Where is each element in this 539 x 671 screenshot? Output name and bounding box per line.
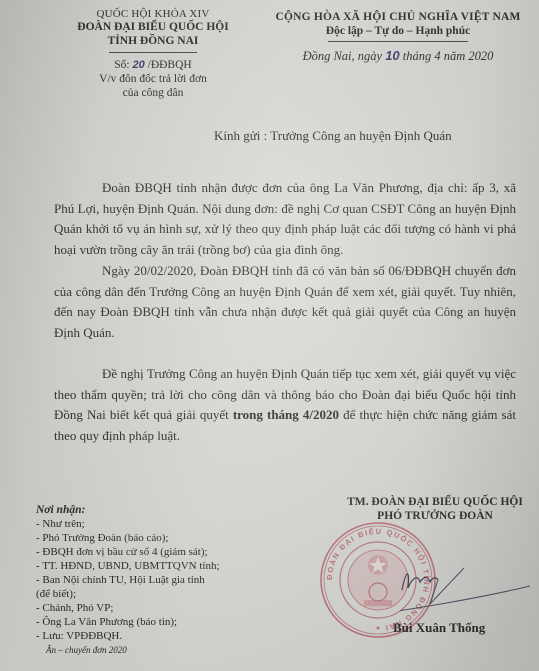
handwritten-day: 10 (385, 48, 399, 63)
date-prefix: Đồng Nai, ngày (303, 49, 386, 63)
signer-name: Bùi Xuân Thống (393, 620, 485, 636)
delegation-name: ĐOÀN ĐẠI BIỂU QUỐC HỘI (48, 21, 258, 35)
recipient-item: - Lưu: VPĐĐBQH. (36, 629, 220, 643)
signer-position: PHÓ TRƯỞNG ĐOÀN (330, 509, 539, 523)
paragraph-2: Ngày 20/02/2020, Đoàn ĐBQH tỉnh đã có vă… (54, 261, 516, 343)
paragraph-2-text: Ngày 20/02/2020, Đoàn ĐBQH tỉnh đã có vă… (54, 261, 516, 343)
recipients-list: Nơi nhận: - Như trên; - Phó Trưởng Đoàn … (36, 503, 220, 657)
header-right: CỘNG HÒA XÃ HỘI CHỦ NGHĨA VIỆT NAM Độc l… (262, 10, 534, 64)
drafter-note: Ân – chuyển đơn 2020 (36, 643, 220, 657)
recipient-item: - Ông La Văn Phương (báo tin); (36, 615, 220, 629)
header-left: QUỐC HỘI KHÓA XIV ĐOÀN ĐẠI BIỂU QUỐC HỘI… (48, 8, 258, 100)
recipient-item: - Chánh, Phó VP; (36, 601, 220, 615)
signature-block: TM. ĐOÀN ĐẠI BIỂU QUỐC HỘI PHÓ TRƯỞNG ĐO… (330, 495, 539, 523)
recipients-title: Nơi nhận: (36, 503, 220, 517)
province-name: TỈNH ĐỒNG NAI (48, 35, 258, 49)
national-assembly-term: QUỐC HỘI KHÓA XIV (48, 8, 258, 21)
recipient-item: - Ban Nội chính TU, Hội Luật gia tỉnh (36, 573, 220, 587)
recipient-item: - TT. HĐND, UBND, UBMTTQVN tỉnh; (36, 559, 220, 573)
paragraph-3-text: Đề nghị Trưởng Công an huyện Định Quán t… (54, 364, 516, 446)
date-suffix: tháng 4 năm 2020 (400, 49, 494, 63)
recipient-item: - Như trên; (36, 517, 220, 531)
header-left-divider (109, 52, 197, 53)
paragraph-1: Đoàn ĐBQH tỉnh nhận được đơn của ông La … (54, 178, 516, 260)
recipient-line: Kính gửi : Trưởng Công an huyện Định Quá… (214, 128, 452, 144)
recipient-item: (để biết); (36, 587, 220, 601)
subject-line-2: của công dân (48, 86, 258, 100)
number-suffix: /ĐĐBQH (145, 59, 192, 71)
document-number: Số: 20 /ĐĐBQH (48, 58, 258, 72)
header-right-divider (328, 41, 468, 42)
number-prefix: Số: (114, 59, 132, 71)
on-behalf-title: TM. ĐOÀN ĐẠI BIỂU QUỐC HỘI (330, 495, 539, 509)
handwritten-number: 20 (133, 59, 145, 71)
handwritten-signature-icon (400, 560, 539, 620)
paragraph-1-text: Đoàn ĐBQH tỉnh nhận được đơn của ông La … (54, 178, 516, 260)
paragraph-3: Đề nghị Trưởng Công an huyện Định Quán t… (54, 364, 516, 446)
recipient-item: - Phó Trưởng Đoàn (báo cáo); (36, 531, 220, 545)
subject-line-1: V/v đôn đốc trả lời đơn (48, 72, 258, 86)
country-name: CỘNG HÒA XÃ HỘI CHỦ NGHĨA VIỆT NAM (262, 10, 534, 24)
recipient-item: - ĐBQH đơn vị bầu cử số 4 (giám sát); (36, 545, 220, 559)
motto: Độc lập – Tự do – Hạnh phúc (262, 24, 534, 38)
document-page: QUỐC HỘI KHÓA XIV ĐOÀN ĐẠI BIỂU QUỐC HỘI… (0, 0, 539, 671)
place-date: Đồng Nai, ngày 10 tháng 4 năm 2020 (262, 48, 534, 64)
p3-deadline: trong tháng 4/2020 (233, 407, 339, 422)
